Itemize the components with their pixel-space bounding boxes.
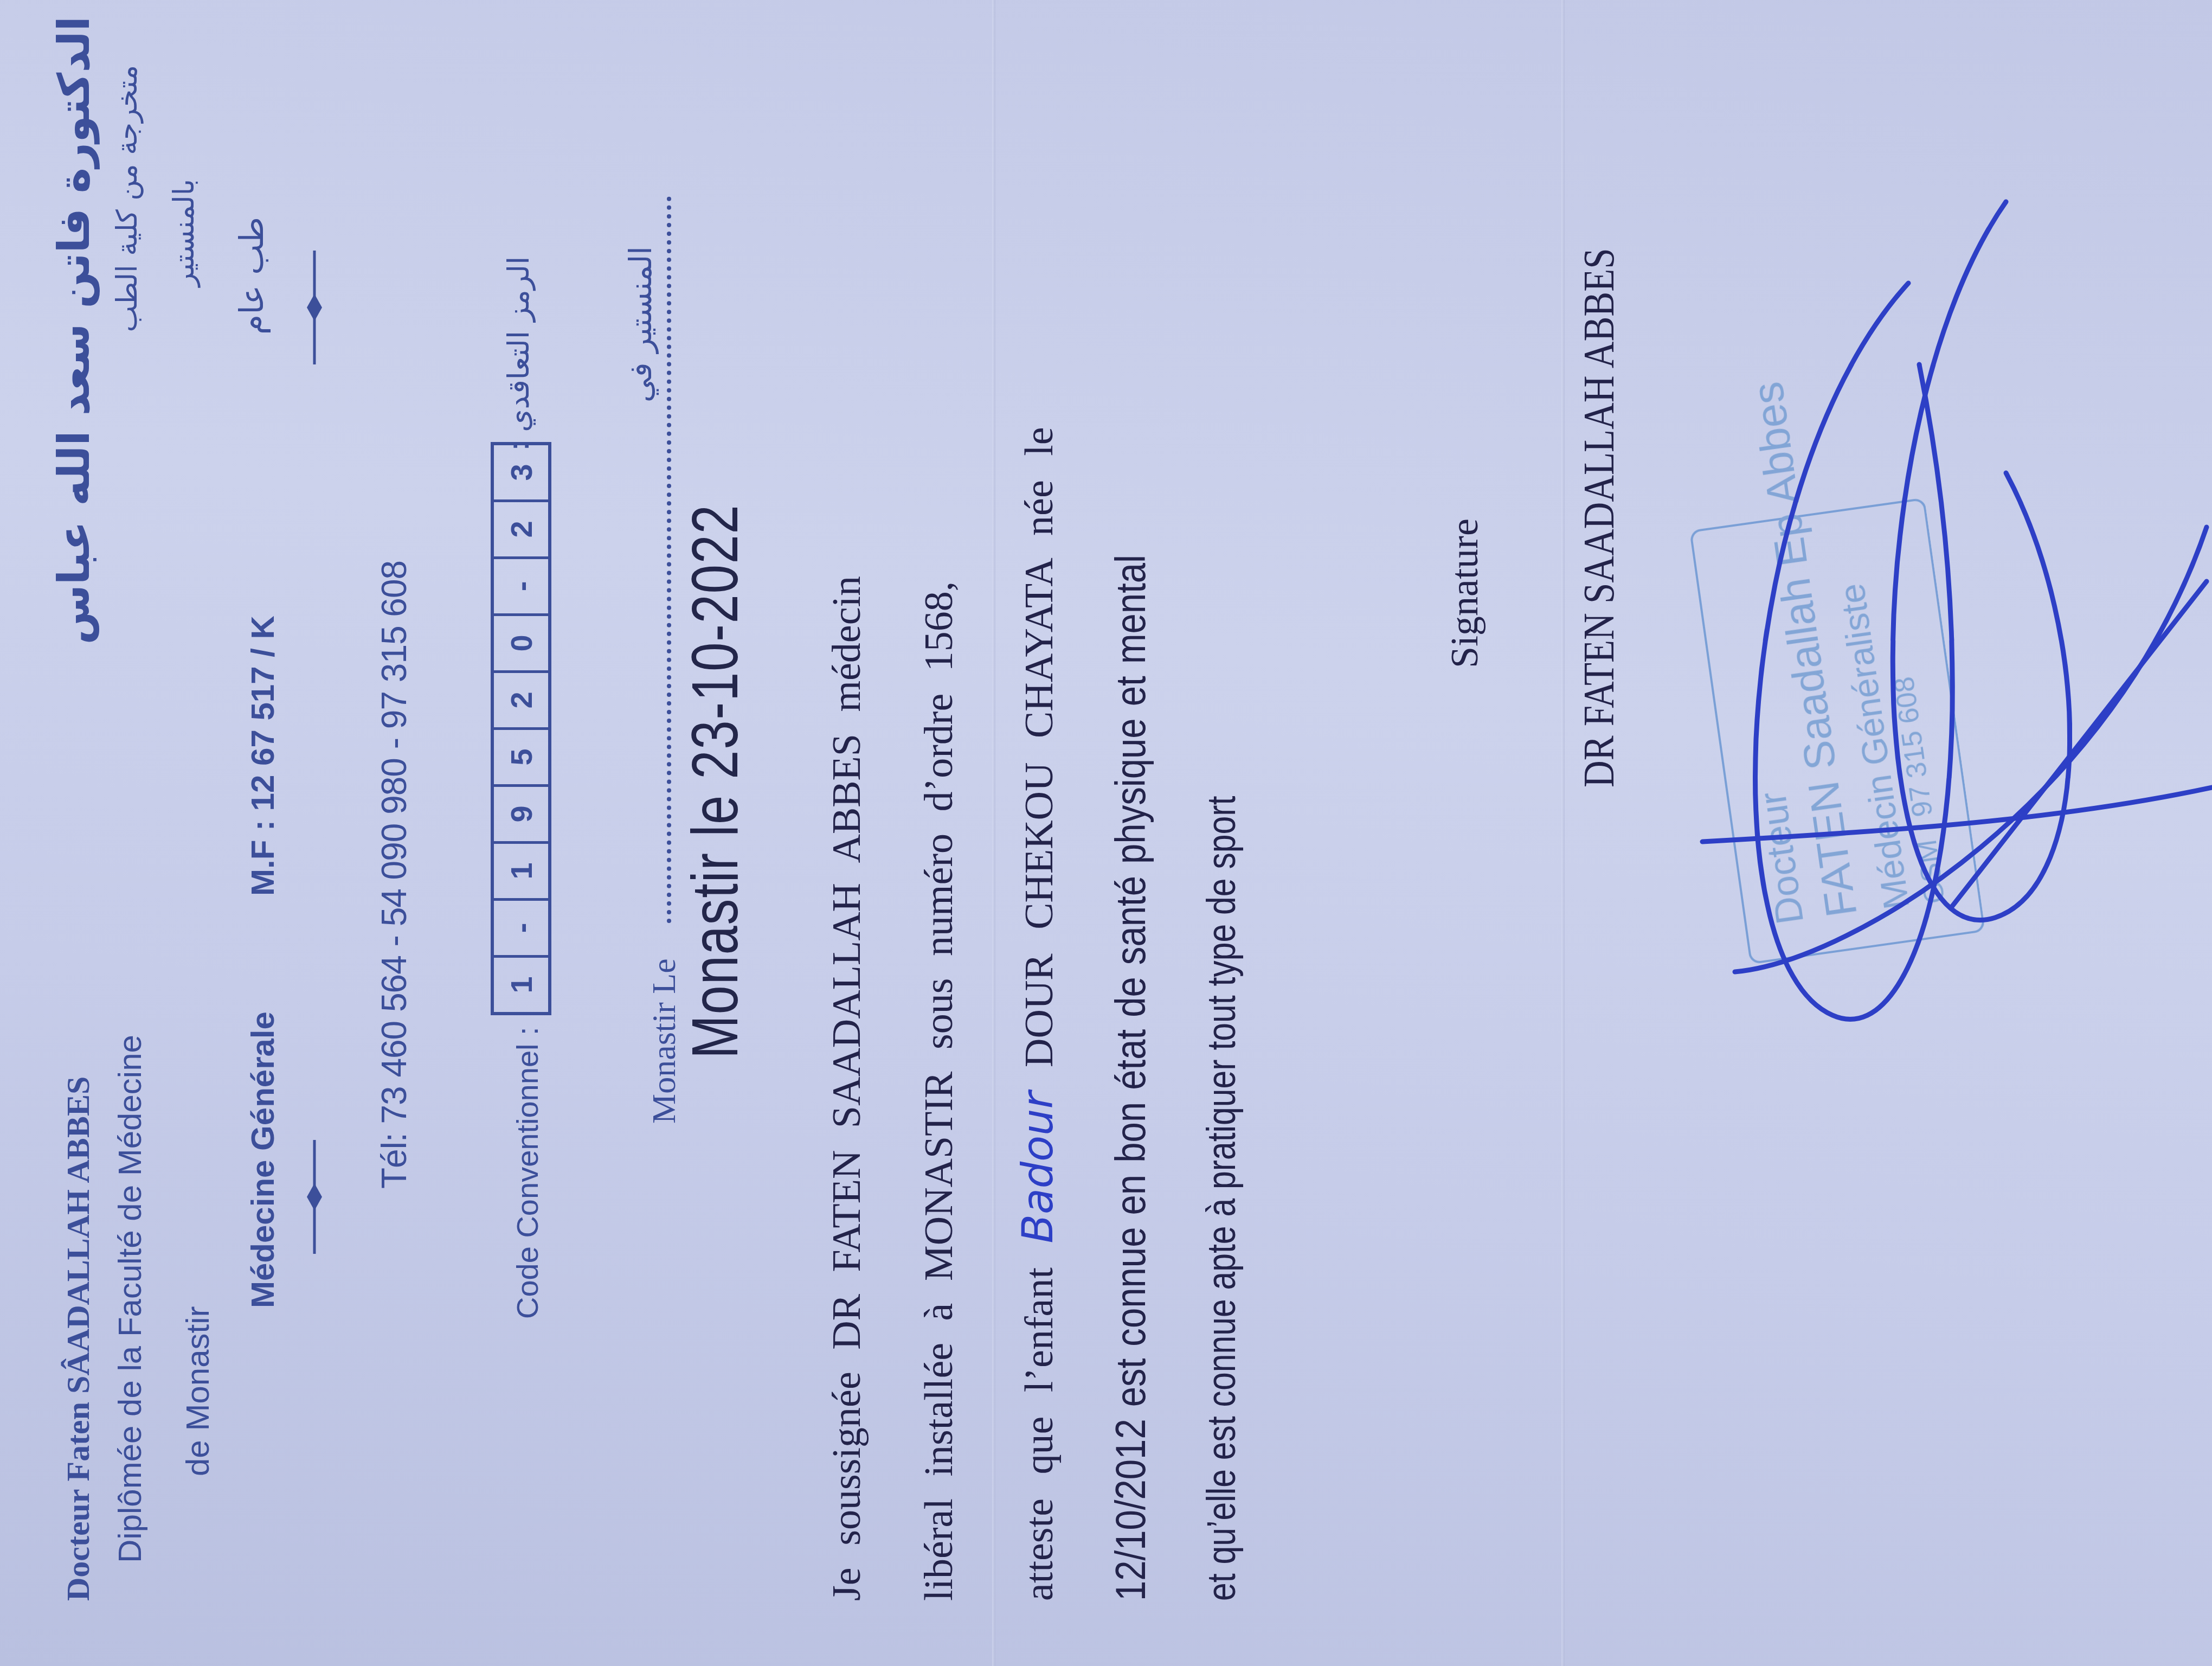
code-digit: 9 <box>494 784 548 841</box>
code-digit: - <box>494 898 548 955</box>
body-line: et qu’elle est connue apte à pratiquer t… <box>1198 796 1244 1601</box>
body-line: libéral installée à MONASTIR sous numéro… <box>916 581 962 1601</box>
body-line: 12/10/2012 est connue en bon état de san… <box>1106 555 1155 1601</box>
specialty-french: Médecine Générale <box>244 1011 281 1308</box>
doctor-name-arabic: الدكتورة فاتن سعد الله عباس <box>49 16 99 645</box>
diploma-line-1: Diplômée de la Faculté de Médecine <box>111 1035 149 1563</box>
diploma-arabic-line-1: متخرجة من كلية الطب <box>111 65 144 332</box>
date-stamp: Monastir le 23-10-2022 <box>678 504 753 1059</box>
code-digit: 0 <box>494 613 548 670</box>
code-digit: 3 <box>494 445 548 499</box>
paper-crease <box>992 0 995 1666</box>
certificate-page: Docteur Faten SÂADALLAH ABBES Diplômée d… <box>0 0 2212 1666</box>
diploma-line-2: de Monastir <box>179 1306 216 1476</box>
code-boxes: 1 - 1 9 5 2 0 - 2 3 <box>491 442 551 1015</box>
body-text: DOUR CHEKOU CHAYATA née le <box>1017 427 1062 1067</box>
code-digit: 5 <box>494 727 548 784</box>
code-label: Code Conventionnel : <box>510 1027 545 1319</box>
code-digit: 2 <box>494 670 548 727</box>
body-line: atteste que l’enfant Badour DOUR CHEKOU … <box>1014 427 1063 1601</box>
code-digit: 1 <box>494 955 548 1012</box>
code-digit: 1 <box>494 841 548 898</box>
signatory-name: DR FATEN SAADALLAH ABBES <box>1575 248 1624 787</box>
paper-crease <box>1561 0 1565 1666</box>
signature-label: Signature <box>1442 518 1487 668</box>
code-label-arabic: الرمز التعاقدي : <box>501 257 536 451</box>
ornament-divider-icon <box>304 251 325 364</box>
body-text: atteste que l’enfant <box>1017 1267 1062 1601</box>
code-digit: 2 <box>494 499 548 556</box>
diploma-arabic-line-2: بالمنستير <box>168 179 201 286</box>
handwritten-correction: Badour <box>1014 1092 1063 1244</box>
body-line: Je soussignée DR FATEN SAADALLAH ABBES m… <box>824 576 870 1601</box>
code-digit: - <box>494 556 548 613</box>
tax-id: M.F : 12 67 517 / K <box>244 616 281 896</box>
date-label-arabic: المنستير في <box>623 246 659 402</box>
ornament-divider-icon <box>304 1140 325 1254</box>
doctor-name-french: Docteur Faten SÂADALLAH ABBES <box>60 1077 97 1601</box>
specialty-arabic: طب عام <box>233 217 271 335</box>
phone-numbers: Tél: 73 460 564 - 54 090 980 - 97 315 60… <box>374 561 414 1189</box>
doctor-stamp: Docteur FATEN Saadallah Ep Abbes Médecin… <box>1689 497 1985 964</box>
